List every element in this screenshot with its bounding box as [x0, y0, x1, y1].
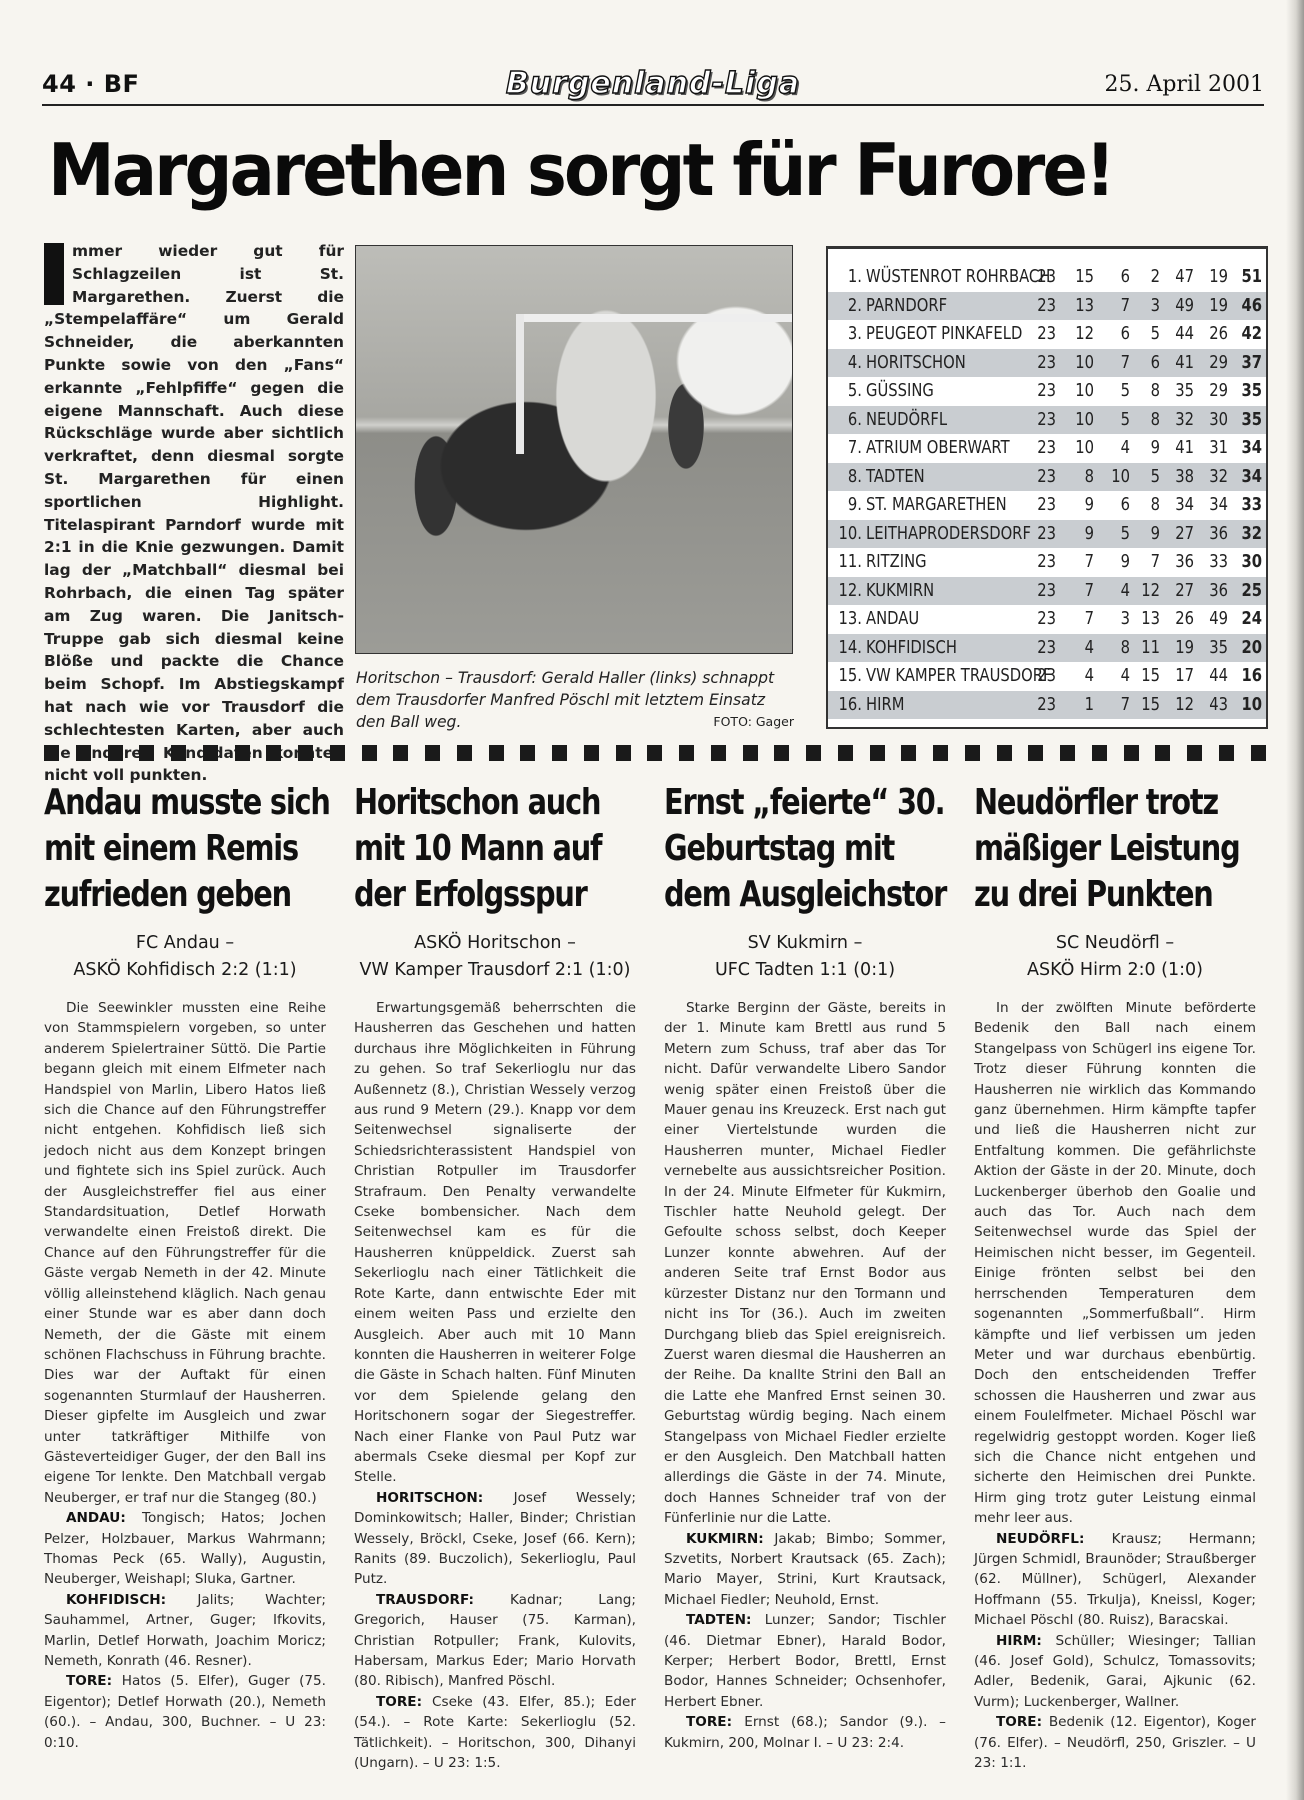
standings-d: 8: [1105, 634, 1130, 663]
article-headline: Andau musste sich mit einem Remis zufrie…: [44, 780, 332, 930]
standings-gf: 32: [1169, 406, 1194, 435]
standings-l: 9: [1135, 520, 1160, 549]
standings-sp: 23: [1031, 349, 1056, 378]
standings-row: 12.KUKMIRN237412273625: [828, 577, 1266, 606]
standings-ga: 32: [1203, 463, 1228, 492]
article-body: Die Seewinkler mussten eine Reihe von St…: [44, 998, 326, 1753]
standings-l: 5: [1135, 320, 1160, 349]
standings-w: 10: [1069, 434, 1094, 463]
standings-position: 1.: [837, 263, 862, 292]
divider-square: [108, 745, 123, 761]
standings-w: 10: [1069, 349, 1094, 378]
match-result: SC Neudörfl – ASKÖ Hirm 2:0 (1:0): [974, 930, 1256, 990]
divider-square: [616, 745, 631, 761]
divider-square: [743, 745, 758, 761]
standings-gf: 26: [1169, 605, 1194, 634]
divider-square: [1219, 745, 1234, 761]
standings-team: GÜSSING: [866, 377, 934, 406]
standings-row: 3.PEUGEOT PINKAFELD231265442642: [828, 320, 1266, 349]
standings-pts: 42: [1237, 320, 1262, 349]
standings-pts: 37: [1237, 349, 1262, 378]
standings-team: TADTEN: [866, 463, 925, 492]
standings-pts: 20: [1237, 634, 1262, 663]
standings-team: RITZING: [866, 548, 927, 577]
divider-square: [203, 745, 218, 761]
standings-pts: 24: [1237, 605, 1262, 634]
standings-row: 2.PARNDORF231373491946: [828, 292, 1266, 321]
match-teams-away-score: VW Kamper Trausdorf 2:1 (1:0): [354, 957, 636, 984]
standings-d: 6: [1105, 491, 1130, 520]
standings-gf: 17: [1169, 662, 1194, 691]
standings-l: 13: [1135, 605, 1160, 634]
lineup-label: TORE:: [686, 1714, 744, 1730]
standings-team: ANDAU: [866, 605, 919, 634]
standings-sp: 23: [1031, 634, 1056, 663]
standings-row: 6.NEUDÖRFL231058323035: [828, 406, 1266, 435]
divider-square: [1028, 745, 1043, 761]
divider-square: [1092, 745, 1107, 761]
standings-row: 7.ATRIUM OBERWART231049413134: [828, 434, 1266, 463]
standings-pts: 33: [1237, 491, 1262, 520]
standings-ga: 29: [1203, 349, 1228, 378]
divider-square: [870, 745, 885, 761]
standings-team: KOHFIDISCH: [866, 634, 957, 663]
match-report-kukmirn: Ernst „feierte“ 30. Geburtstag mit dem A…: [664, 780, 946, 1753]
article-paragraph: In der zwölften Minute beförderte Bedeni…: [974, 998, 1256, 1529]
standings-ga: 35: [1203, 634, 1228, 663]
match-teams-home: FC Andau –: [44, 930, 326, 957]
match-teams-home: ASKÖ Horitschon –: [354, 930, 636, 957]
divider-square: [901, 745, 916, 761]
divider-square: [520, 745, 535, 761]
standings-d: 7: [1105, 292, 1130, 321]
standings-w: 4: [1069, 634, 1094, 663]
standings-d: 3: [1105, 605, 1130, 634]
standings-pts: 35: [1237, 406, 1262, 435]
divider-square: [679, 745, 694, 761]
standings-position: 8.: [837, 463, 862, 492]
standings-l: 15: [1135, 662, 1160, 691]
standings-d: 6: [1105, 320, 1130, 349]
divider-square: [330, 745, 345, 761]
dropcap: I: [44, 243, 64, 305]
standings-pts: 35: [1237, 377, 1262, 406]
standings-sp: 23: [1031, 605, 1056, 634]
standings-pts: 10: [1237, 691, 1262, 720]
standings-l: 2: [1135, 263, 1160, 292]
standings-row: 10.LEITHAPRODERSDORF23959273632: [828, 520, 1266, 549]
match-teams-home: SC Neudörfl –: [974, 930, 1256, 957]
standings-gf: 27: [1169, 520, 1194, 549]
standings-w: 10: [1069, 377, 1094, 406]
match-report-neudoerfl: Neudörfler trotz mäßiger Leistung zu dre…: [974, 780, 1256, 1773]
divider-square: [266, 745, 281, 761]
standings-pts: 46: [1237, 292, 1262, 321]
standings-gf: 47: [1169, 263, 1194, 292]
standings-l: 8: [1135, 377, 1160, 406]
standings-sp: 23: [1031, 520, 1056, 549]
divider-square: [1251, 745, 1266, 761]
lineup-label: TRAUSDORF:: [376, 1592, 510, 1608]
standings-l: 6: [1135, 349, 1160, 378]
standings-ga: 19: [1203, 292, 1228, 321]
match-photo: [355, 245, 793, 654]
standings-gf: 41: [1169, 349, 1194, 378]
scan-edge-shadow: [1286, 0, 1304, 1800]
divider-square: [806, 745, 821, 761]
issue-date: 25. April 2001: [1104, 72, 1264, 97]
standings-l: 8: [1135, 406, 1160, 435]
standings-l: 11: [1135, 634, 1160, 663]
standings-w: 8: [1069, 463, 1094, 492]
main-headline: Margarethen sorgt für Furore!: [48, 122, 1183, 218]
lineup-paragraph: KUKMIRN: Jakab; Bimbo; Sommer, Szvetits,…: [664, 1529, 946, 1611]
photo-goal-post: [516, 314, 524, 454]
lineup-paragraph: TORE: Cseke (43. Elfer, 85.); Eder (54.)…: [354, 1692, 636, 1774]
standings-team: ST. MARGARETHEN: [866, 491, 1007, 520]
lineup-paragraph: HIRM: Schüller; Wiesinger; Tallian (46. …: [974, 1631, 1256, 1713]
lineup-paragraph: NEUDÖRFL: Krausz; Hermann; Jürgen Schmid…: [974, 1529, 1256, 1631]
standings-team: WÜSTENROT ROHRBACH: [866, 263, 1050, 292]
lineup-paragraph: KOHFIDISCH: Jalits; Wachter; Sauhammel, …: [44, 1590, 326, 1672]
standings-row: 5.GÜSSING231058352935: [828, 377, 1266, 406]
lineup-label: TORE:: [66, 1673, 122, 1689]
standings-sp: 23: [1031, 662, 1056, 691]
standings-pts: 16: [1237, 662, 1262, 691]
standings-row: 15.VW KAMPER TRAUSDORF234415174416: [828, 662, 1266, 691]
standings-team: HORITSCHON: [866, 349, 966, 378]
lineup-label: TADTEN:: [686, 1612, 765, 1628]
standings-gf: 34: [1169, 491, 1194, 520]
standings-gf: 38: [1169, 463, 1194, 492]
lineup-paragraph: TORE: Ernst (68.); Sandor (9.). – Kukmir…: [664, 1712, 946, 1753]
standings-w: 1: [1069, 691, 1094, 720]
standings-team: NEUDÖRFL: [866, 406, 947, 435]
divider-square: [235, 745, 250, 761]
standings-sp: 23: [1031, 548, 1056, 577]
article-body: Erwartungsgemäß beherrschten die Hausher…: [354, 998, 636, 1773]
divider-square: [997, 745, 1012, 761]
standings-d: 4: [1105, 577, 1130, 606]
section-divider: [44, 745, 1266, 761]
divider-square: [139, 745, 154, 761]
standings-sp: 23: [1031, 377, 1056, 406]
standings-row: 9.ST. MARGARETHEN23968343433: [828, 491, 1266, 520]
standings-d: 4: [1105, 662, 1130, 691]
standings-ga: 29: [1203, 377, 1228, 406]
standings-gf: 49: [1169, 292, 1194, 321]
divider-square: [1060, 745, 1075, 761]
standings-team: HIRM: [866, 691, 904, 720]
divider-square: [44, 745, 59, 761]
standings-sp: 23: [1031, 463, 1056, 492]
lineup-label: KOHFIDISCH:: [66, 1592, 197, 1608]
lineup-paragraph: TORE: Hatos (5. Elfer), Guger (75. Eigen…: [44, 1671, 326, 1753]
standings-row: 1.WÜSTENROT ROHRBACH231562471951: [828, 263, 1266, 292]
lineup-paragraph: HORITSCHON: Josef Wessely; Dominkowitsch…: [354, 1488, 636, 1590]
standings-sp: 23: [1031, 292, 1056, 321]
match-result: ASKÖ Horitschon – VW Kamper Trausdorf 2:…: [354, 930, 636, 990]
standings-sp: 23: [1031, 577, 1056, 606]
photo-credit: FOTO: Gager: [713, 711, 794, 733]
lineup-paragraph: TORE: Bedenik (12. Eigentor), Koger (76.…: [974, 1712, 1256, 1773]
standings-w: 10: [1069, 406, 1094, 435]
standings-pts: 25: [1237, 577, 1262, 606]
standings-gf: 19: [1169, 634, 1194, 663]
standings-w: 15: [1069, 263, 1094, 292]
standings-w: 7: [1069, 577, 1094, 606]
standings-ga: 31: [1203, 434, 1228, 463]
standings-row: 16.HIRM231715124310: [828, 691, 1266, 720]
divider-square: [362, 745, 377, 761]
standings-d: 5: [1105, 377, 1130, 406]
standings-pts: 34: [1237, 463, 1262, 492]
divider-square: [76, 745, 91, 761]
standings-ga: 36: [1203, 577, 1228, 606]
match-result: FC Andau – ASKÖ Kohfidisch 2:2 (1:1): [44, 930, 326, 990]
standings-d: 7: [1105, 691, 1130, 720]
divider-square: [933, 745, 948, 761]
standings-pts: 32: [1237, 520, 1262, 549]
standings-position: 16.: [837, 691, 862, 720]
match-teams-away-score: ASKÖ Hirm 2:0 (1:0): [974, 957, 1256, 984]
standings-w: 7: [1069, 605, 1094, 634]
standings-w: 12: [1069, 320, 1094, 349]
lineup-label: TORE:: [376, 1694, 432, 1710]
match-result: SV Kukmirn – UFC Tadten 1:1 (0:1): [664, 930, 946, 990]
standings-row: 4.HORITSCHON231076412937: [828, 349, 1266, 378]
league-standings-table: 1.WÜSTENROT ROHRBACH2315624719512.PARNDO…: [826, 246, 1268, 729]
divider-square: [774, 745, 789, 761]
standings-position: 4.: [837, 349, 862, 378]
lineup-label: HIRM:: [996, 1633, 1056, 1649]
standings-ga: 36: [1203, 520, 1228, 549]
standings-position: 7.: [837, 434, 862, 463]
divider-square: [425, 745, 440, 761]
standings-gf: 44: [1169, 320, 1194, 349]
lineup-label: ANDAU:: [66, 1510, 142, 1526]
standings-team: VW KAMPER TRAUSDORF: [866, 662, 1051, 691]
section-title: Burgenland-Liga: [42, 66, 1264, 101]
standings-w: 4: [1069, 662, 1094, 691]
standings-position: 15.: [837, 662, 862, 691]
standings-d: 7: [1105, 349, 1130, 378]
standings-l: 12: [1135, 577, 1160, 606]
article-body: Starke Berginn der Gäste, bereits in der…: [664, 998, 946, 1753]
divider-square: [711, 745, 726, 761]
article-headline: Neudörfler trotz mäßiger Leistung zu dre…: [974, 780, 1262, 930]
divider-square: [393, 745, 408, 761]
standings-sp: 23: [1031, 491, 1056, 520]
standings-ga: 44: [1203, 662, 1228, 691]
article-headline: Ernst „feierte“ 30. Geburtstag mit dem A…: [664, 780, 952, 930]
standings-row: 11.RITZING23797363330: [828, 548, 1266, 577]
photo-goal-crossbar: [516, 314, 792, 322]
lineup-paragraph: ANDAU: Tongisch; Hatos; Jochen Pelzer, H…: [44, 1508, 326, 1590]
standings-ga: 19: [1203, 263, 1228, 292]
standings-sp: 23: [1031, 263, 1056, 292]
standings-ga: 49: [1203, 605, 1228, 634]
standings-team: LEITHAPRODERSDORF: [866, 520, 1031, 549]
standings-l: 3: [1135, 292, 1160, 321]
header-rule: [42, 104, 1264, 106]
match-report-andau: Andau musste sich mit einem Remis zufrie…: [44, 780, 326, 1753]
standings-l: 8: [1135, 491, 1160, 520]
standings-position: 6.: [837, 406, 862, 435]
standings-l: 5: [1135, 463, 1160, 492]
standings-row: 14.KOHFIDISCH234811193520: [828, 634, 1266, 663]
lineup-paragraph: TRAUSDORF: Kadnar; Lang; Gregorich, Haus…: [354, 1590, 636, 1692]
standings-d: 6: [1105, 263, 1130, 292]
standings-sp: 23: [1031, 691, 1056, 720]
standings-d: 4: [1105, 434, 1130, 463]
lead-text: mmer wieder gut für Schlagzeilen ist St.…: [44, 242, 344, 784]
standings-sp: 23: [1031, 406, 1056, 435]
divider-square: [1124, 745, 1139, 761]
standings-position: 3.: [837, 320, 862, 349]
match-teams-home: SV Kukmirn –: [664, 930, 946, 957]
standings-position: 13.: [837, 605, 862, 634]
standings-d: 5: [1105, 520, 1130, 549]
page-header: 44 · BF Burgenland-Liga 25. April 2001: [42, 68, 1264, 102]
standings-d: 10: [1105, 463, 1130, 492]
standings-gf: 35: [1169, 377, 1194, 406]
article-body: In der zwölften Minute beförderte Bedeni…: [974, 998, 1256, 1773]
standings-gf: 41: [1169, 434, 1194, 463]
standings-row: 13.ANDAU237313264924: [828, 605, 1266, 634]
standings-w: 9: [1069, 491, 1094, 520]
divider-square: [965, 745, 980, 761]
article-paragraph: Die Seewinkler mussten eine Reihe von St…: [44, 998, 326, 1508]
standings-d: 5: [1105, 406, 1130, 435]
photo-caption: Horitschon – Trausdorf: Gerald Haller (l…: [356, 667, 794, 733]
standings-gf: 27: [1169, 577, 1194, 606]
standings-w: 7: [1069, 548, 1094, 577]
divider-square: [1155, 745, 1170, 761]
standings-gf: 36: [1169, 548, 1194, 577]
lineup-paragraph: TADTEN: Lunzer; Sandor; Tischler (46. Di…: [664, 1610, 946, 1712]
standings-position: 5.: [837, 377, 862, 406]
divider-square: [552, 745, 567, 761]
standings-position: 12.: [837, 577, 862, 606]
divider-square: [171, 745, 186, 761]
match-teams-away-score: ASKÖ Kohfidisch 2:2 (1:1): [44, 957, 326, 984]
standings-team: ATRIUM OBERWART: [866, 434, 1010, 463]
standings-w: 9: [1069, 520, 1094, 549]
match-report-horitschon: Horitschon auch mit 10 Mann auf der Erfo…: [354, 780, 636, 1773]
standings-sp: 23: [1031, 434, 1056, 463]
caption-text: Horitschon – Trausdorf: Gerald Haller (l…: [356, 669, 774, 731]
standings-team: KUKMIRN: [866, 577, 934, 606]
standings-pts: 51: [1237, 263, 1262, 292]
standings-position: 11.: [837, 548, 862, 577]
standings-position: 9.: [837, 491, 862, 520]
standings-pts: 34: [1237, 434, 1262, 463]
standings-l: 15: [1135, 691, 1160, 720]
lineup-label: NEUDÖRFL:: [996, 1531, 1112, 1547]
standings-ga: 26: [1203, 320, 1228, 349]
divider-square: [1187, 745, 1202, 761]
standings-gf: 12: [1169, 691, 1194, 720]
lineup-label: HORITSCHON:: [376, 1490, 514, 1506]
standings-row: 8.TADTEN238105383234: [828, 463, 1266, 492]
divider-square: [584, 745, 599, 761]
divider-square: [647, 745, 662, 761]
divider-square: [489, 745, 504, 761]
lineup-label: KUKMIRN:: [686, 1531, 774, 1547]
article-headline: Horitschon auch mit 10 Mann auf der Erfo…: [354, 780, 642, 930]
standings-position: 14.: [837, 634, 862, 663]
standings-ga: 34: [1203, 491, 1228, 520]
standings-ga: 43: [1203, 691, 1228, 720]
standings-ga: 30: [1203, 406, 1228, 435]
divider-square: [838, 745, 853, 761]
standings-sp: 23: [1031, 320, 1056, 349]
standings-d: 9: [1105, 548, 1130, 577]
standings-l: 9: [1135, 434, 1160, 463]
match-teams-away-score: UFC Tadten 1:1 (0:1): [664, 957, 946, 984]
standings-ga: 33: [1203, 548, 1228, 577]
divider-square: [298, 745, 313, 761]
lead-article: I mmer wieder gut für Schlagzeilen ist S…: [44, 240, 344, 787]
standings-position: 2.: [837, 292, 862, 321]
article-paragraph: Starke Berginn der Gäste, bereits in der…: [664, 998, 946, 1529]
lineup-label: TORE:: [996, 1714, 1049, 1730]
article-paragraph: Erwartungsgemäß beherrschten die Hausher…: [354, 998, 636, 1488]
divider-square: [457, 745, 472, 761]
standings-team: PEUGEOT PINKAFELD: [866, 320, 1022, 349]
standings-position: 10.: [837, 520, 862, 549]
standings-pts: 30: [1237, 548, 1262, 577]
standings-l: 7: [1135, 548, 1160, 577]
standings-team: PARNDORF: [866, 292, 947, 321]
standings-w: 13: [1069, 292, 1094, 321]
